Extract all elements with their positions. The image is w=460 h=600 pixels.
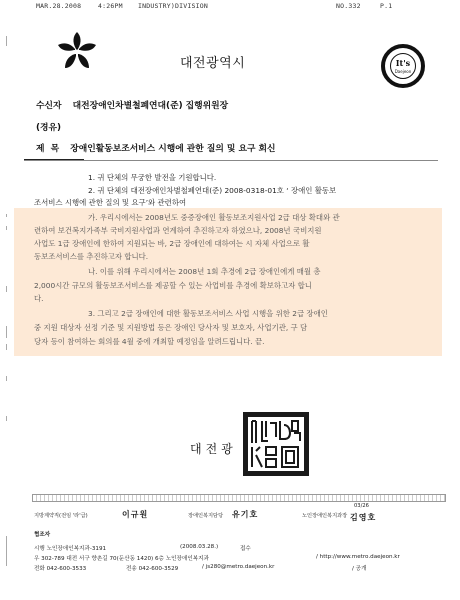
paragraph-1: 1. 귀 단체의 무궁한 발전을 기원합니다. <box>88 172 216 183</box>
fax-page: P.1 <box>380 2 392 10</box>
drafter-title: 지방계약직(전임 '라'급) <box>34 512 88 519</box>
subject-underline <box>24 160 438 161</box>
organization-title: 대전광역시 <box>180 52 245 71</box>
mayor-seal-icon <box>242 411 310 477</box>
paragraph-2-line-2: 조서비스 시행에 관한 질의 및 요구’와 관련하여 <box>34 197 186 208</box>
enforcement-date: (2008.03.28.) <box>180 544 218 550</box>
fax-number: 전송 042-600-3529 <box>126 564 178 572</box>
svg-text:Daejeon: Daejeon <box>395 69 412 74</box>
approval-strip <box>32 494 446 502</box>
paragraph-2-line-1: 2. 귀 단체의 대전장애인차별철폐연대(준) 2008-0318-01호 ‘ … <box>88 185 336 196</box>
item-ga-line-4: 동보조서비스를 추진하고자 합니다. <box>34 251 148 262</box>
disclosure-status: / 공개 <box>352 564 366 572</box>
approver-name: 김영호 <box>350 512 376 523</box>
item-ga-line-3: 사업도 1급 장애인에 한하여 지원되는 바, 2급 장애인에 대하여는 시 자… <box>34 238 310 249</box>
fax-date: MAR.28.2008 <box>36 2 81 10</box>
recipient-value: 대전장애인차별철폐연대(준) 집행위원장 <box>73 101 229 111</box>
scan-margin-marks <box>6 36 7 566</box>
item-na-line-3: 다. <box>34 293 44 304</box>
subject-label: 제 목 <box>36 144 59 154</box>
item-na-line-2: 2,000시간 규모의 활동보조서비스를 제공할 수 있는 사업비를 추경에 확… <box>34 280 312 291</box>
subject-underline-accent <box>24 159 84 160</box>
website-link[interactable]: / http://www.metro.daejeon.kr <box>316 554 400 560</box>
subject-row: 제 목 장애인활동보조서비스 시행에 관한 질의 및 요구 회신 <box>36 141 276 154</box>
subject-value: 장애인활동보조서비스 시행에 관한 질의 및 요구 회신 <box>70 144 275 154</box>
its-daejeon-seal-icon: It's Daejeon <box>381 44 425 88</box>
approver-date: 03/26 <box>354 503 369 509</box>
enforcement-number: 시행 노인장애인복지과-3191 <box>34 544 106 552</box>
paragraph-3-line-3: 당자 등이 참여하는 회의를 4월 중에 개최할 예정임을 알려드립니다. 끝. <box>34 336 264 347</box>
recipient-label: 수신자 <box>36 101 62 111</box>
via-label: (경유) <box>36 120 61 133</box>
recipient-row: 수신자 대전장애인차별철폐연대(준) 집행위원장 <box>36 98 228 111</box>
cooperator-label: 협조자 <box>34 530 50 538</box>
item-na-line-1: 나. 이를 위해 우리시에서는 2008년 1회 추경에 2급 장애인에게 매월… <box>88 266 321 277</box>
fax-header: MAR.28.2008 4:26PM INDUSTRY)DIVISION NO.… <box>0 2 460 12</box>
item-ga-line-1: 가. 우리시에서는 2008년도 중증장애인 활동보조지원사업 2급 대상 확대… <box>88 212 340 223</box>
daejeon-emblem-icon <box>56 30 98 72</box>
drafter-name: 이규원 <box>122 509 148 520</box>
paragraph-3-line-1: 3. 그리고 2급 장애인에 대한 활동보조서비스 사업 시행을 위한 2급 장… <box>88 308 328 319</box>
approver-title: 노인장애인복지과장 <box>302 512 347 519</box>
email-link[interactable]: / js280@metro.daejeon.kr <box>202 564 274 570</box>
fax-time: 4:26PM <box>98 2 123 10</box>
fax-number: NO.332 <box>336 2 361 10</box>
signatory-name: 대전광 <box>190 440 237 457</box>
reviewer-title: 장애인복지담당 <box>188 512 223 519</box>
paragraph-3-line-2: 중 지원 대상자 선정 기준 및 지원방법 등은 장애인 당사자 및 보호자, … <box>34 322 307 333</box>
address: 우 302-789 대전 서구 향촌길 70(둔산동 1420) 6층 노인장애… <box>34 554 209 562</box>
item-ga-line-2: 련하여 보건복지가족부 국비지원사업과 연계하여 추진하고자 하였으나, 200… <box>34 225 321 236</box>
reviewer-name: 유기호 <box>232 509 258 520</box>
receipt-label: 접수 <box>240 544 251 552</box>
phone-number: 전화 042-600-3533 <box>34 564 86 572</box>
svg-text:It's: It's <box>396 58 411 68</box>
fax-sender: INDUSTRY)DIVISION <box>138 2 208 10</box>
